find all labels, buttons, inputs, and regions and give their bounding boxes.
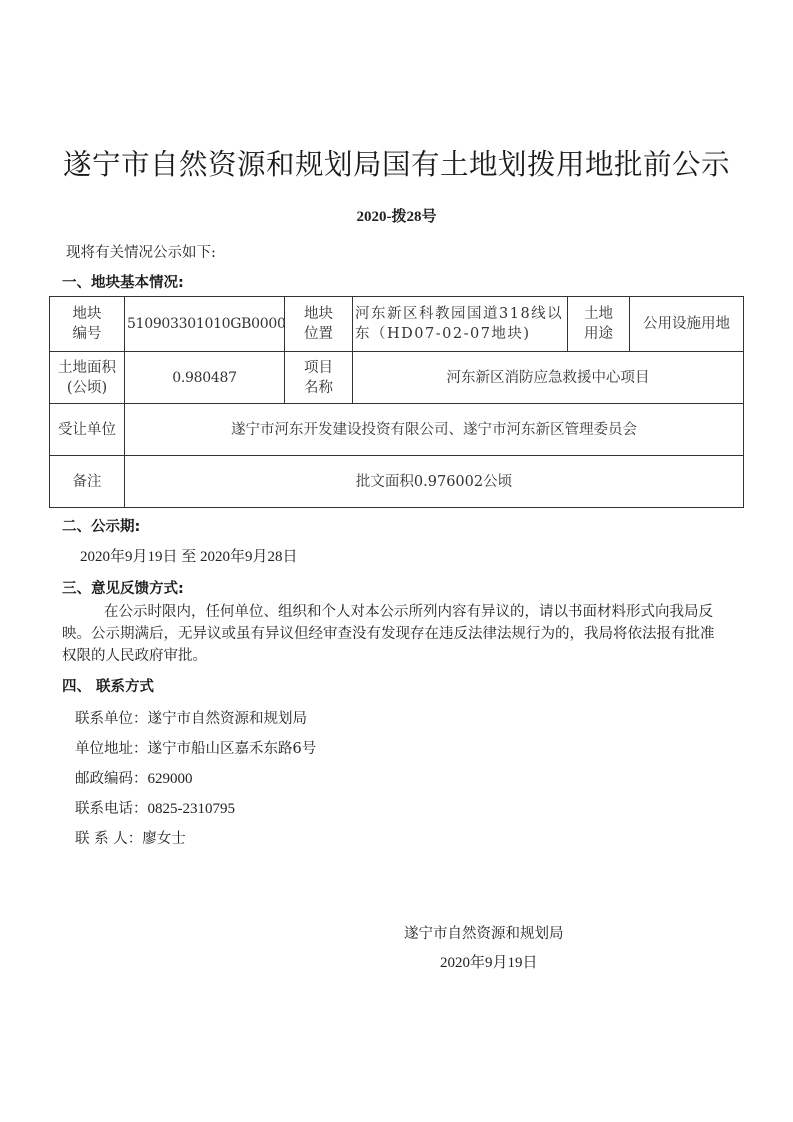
label-line: 用途 [570, 324, 627, 344]
contact-label: 联 系 人： [75, 831, 142, 847]
table-row: 地块 编号 510903301010GB00006 地块 位置 河东新区科教园国… [50, 297, 744, 352]
label-line: 位置 [287, 324, 350, 344]
label-line: 土地 [570, 304, 627, 324]
contact-value: 0825-2310795 [148, 801, 236, 817]
signature-date: 2020年9月19日 [440, 951, 538, 972]
contact-postcode: 邮政编码：629000 [75, 767, 193, 788]
feedback-body: 在公示时限内，任何单位、组织和个人对本公示所列内容有异议的，请以书面材料形式向我… [62, 601, 722, 667]
section-4-heading: 四、 联系方式 [62, 675, 154, 696]
contact-label: 联系电话： [75, 801, 148, 817]
contact-value: 遂宁市自然资源和规划局 [148, 711, 308, 727]
location-label: 地块 位置 [285, 297, 353, 352]
contact-phone: 联系电话：0825-2310795 [75, 797, 235, 818]
contact-label: 联系单位： [75, 711, 148, 727]
table-row: 土地面积 (公顷) 0.980487 项目 名称 河东新区消防应急救援中心项目 [50, 352, 744, 404]
remarks-label: 备注 [50, 456, 125, 508]
label-line: (公顷) [52, 378, 122, 398]
publicity-period: 2020年9月19日 至 2020年9月28日 [80, 545, 298, 566]
parcel-no-value: 510903301010GB00006 [125, 297, 285, 352]
signature-issuer: 遂宁市自然资源和规划局 [404, 922, 564, 943]
contact-label: 邮政编码： [75, 771, 148, 787]
contact-value: 廖女士 [142, 831, 186, 847]
intro-text: 现将有关情况公示如下: [66, 241, 216, 262]
label-line: 项目 [287, 358, 350, 378]
remarks-value: 批文面积0.976002公顷 [125, 456, 744, 508]
land-use-label: 土地 用途 [568, 297, 630, 352]
contact-value: 遂宁市船山区嘉禾东路6号 [148, 741, 317, 757]
parcel-info-table: 地块 编号 510903301010GB00006 地块 位置 河东新区科教园国… [49, 296, 744, 508]
contact-label: 单位地址： [75, 741, 148, 757]
section-2-heading: 二、公示期: [62, 515, 140, 536]
project-label: 项目 名称 [285, 352, 353, 404]
table-row: 备注 批文面积0.976002公顷 [50, 456, 744, 508]
contact-unit: 联系单位：遂宁市自然资源和规划局 [75, 707, 307, 728]
contact-address: 单位地址：遂宁市船山区嘉禾东路6号 [75, 737, 316, 758]
document-title: 遂宁市自然资源和规划局国有土地划拨用地批前公示 [0, 142, 793, 183]
contact-person: 联 系 人：廖女士 [75, 827, 186, 848]
table-row: 受让单位 遂宁市河东开发建设投资有限公司、遂宁市河东新区管理委员会 [50, 404, 744, 456]
label-line: 地块 [287, 304, 350, 324]
label-line: 土地面积 [52, 358, 122, 378]
label-line: 名称 [287, 378, 350, 398]
section-3-heading: 三、意见反馈方式: [62, 577, 184, 598]
area-value: 0.980487 [125, 352, 285, 404]
document-number: 2020-拨28号 [0, 205, 793, 226]
parcel-no-label: 地块 编号 [50, 297, 125, 352]
grantee-value: 遂宁市河东开发建设投资有限公司、遂宁市河东新区管理委员会 [125, 404, 744, 456]
grantee-label: 受让单位 [50, 404, 125, 456]
location-value: 河东新区科教园国道318线以东（HD07-02-07地块) [353, 297, 568, 352]
land-use-value: 公用设施用地 [630, 297, 744, 352]
label-line: 编号 [52, 324, 122, 344]
area-label: 土地面积 (公顷) [50, 352, 125, 404]
section-1-heading: 一、地块基本情况: [62, 271, 184, 292]
label-line: 地块 [52, 304, 122, 324]
project-value: 河东新区消防应急救援中心项目 [353, 352, 744, 404]
contact-value: 629000 [148, 771, 193, 787]
